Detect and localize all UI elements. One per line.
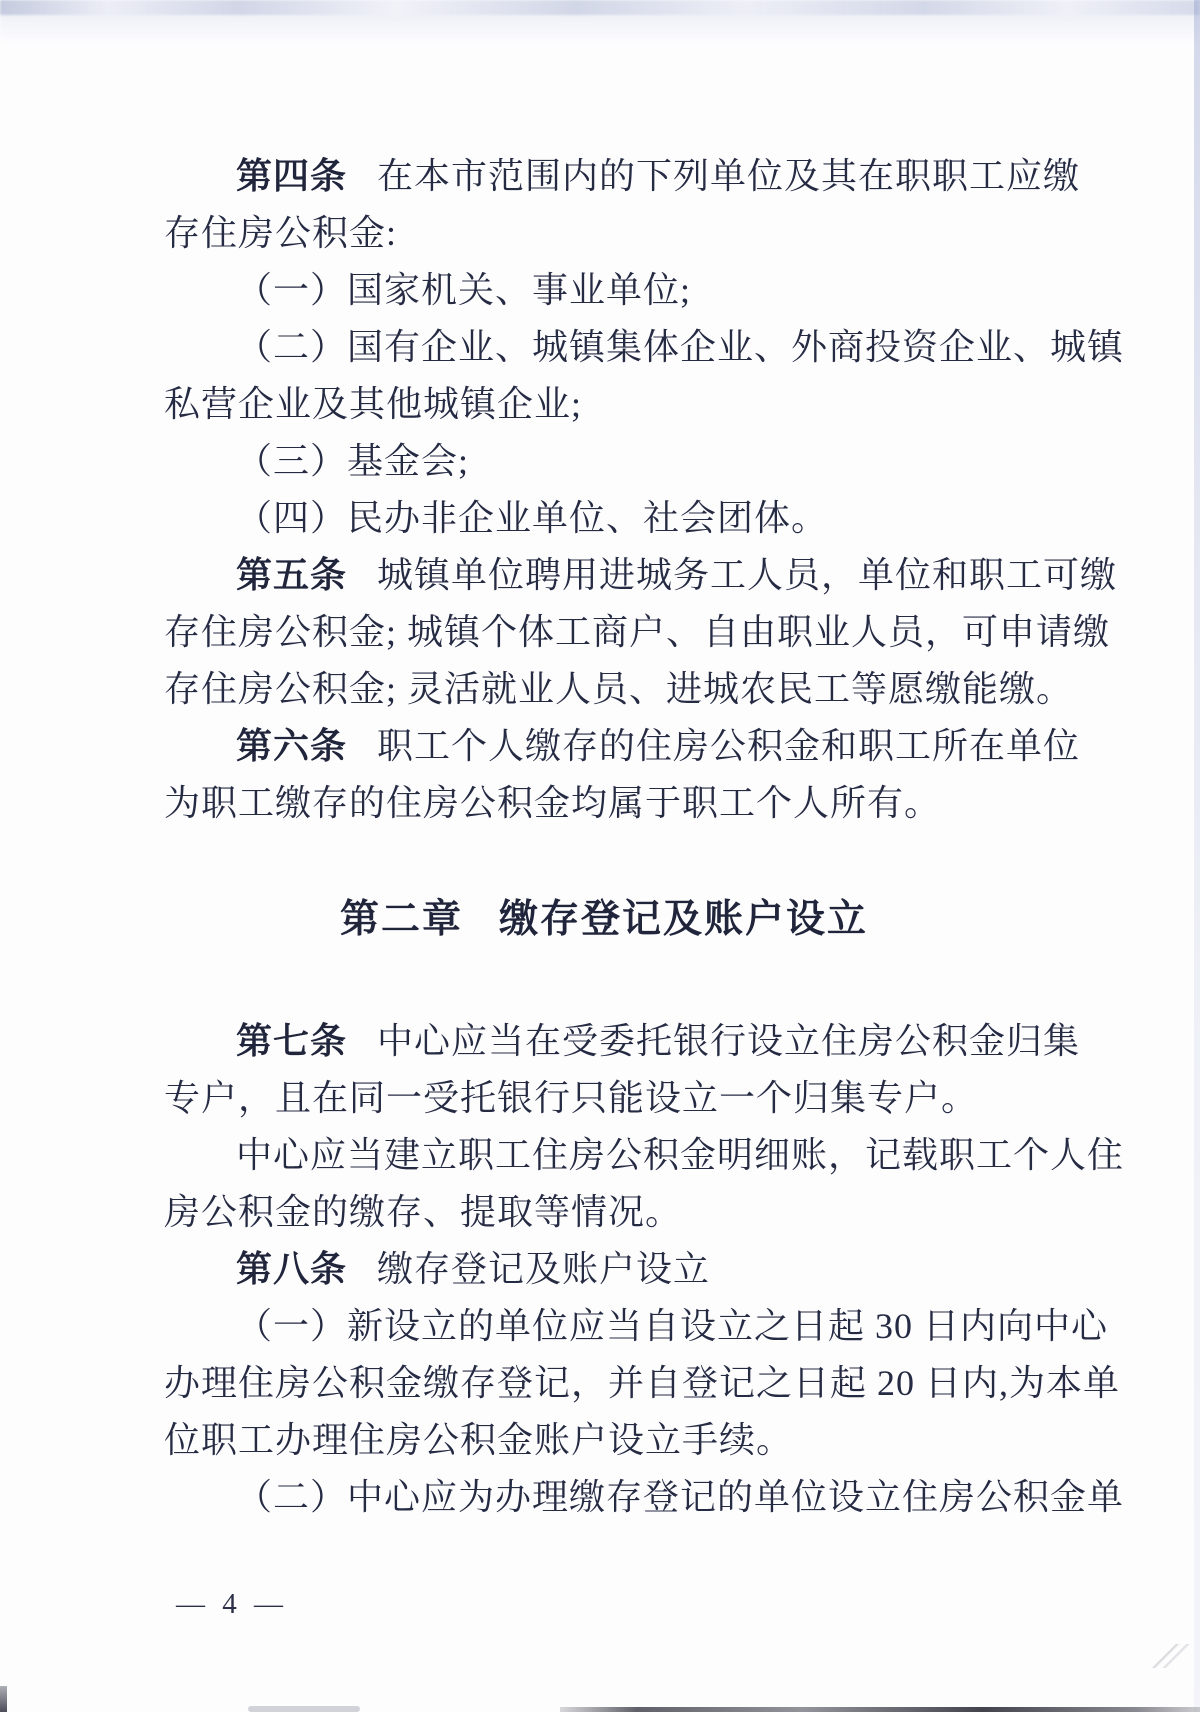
- text-line: 办理住房公积金缴存登记，并自登记之日起 20 日内,为本单: [164, 1355, 1044, 1412]
- line-text: 缴存登记及账户设立: [377, 1249, 710, 1289]
- line-text: 中心应当建立职工住房公积金明细账，记载职工个人住: [236, 1135, 1124, 1175]
- text-line: 存住房公积金; 灵活就业人员、进城农民工等愿缴能缴。: [164, 661, 1044, 718]
- text-line: 为职工缴存的住房公积金均属于职工个人所有。: [164, 775, 1044, 832]
- article-number: 第四条: [236, 156, 347, 196]
- line-text: 存住房公积金; 城镇个体工商户、自由职业人员，可申请缴: [164, 612, 1110, 652]
- scan-artifact-bottom-left-mark: [0, 1686, 7, 1712]
- line-text: 职工个人缴存的住房公积金和职工所在单位: [377, 726, 1080, 766]
- document-page: 第四条在本市范围内的下列单位及其在职职工应缴 存住房公积金: （一）国家机关、事…: [0, 0, 1200, 1712]
- scan-artifact-bottom-smudge: [248, 1706, 360, 1712]
- line-text: 专户，且在同一受托银行只能设立一个归集专户。: [164, 1078, 978, 1118]
- text-line: （二）中心应为办理缴存登记的单位设立住房公积金单: [236, 1469, 1044, 1526]
- article-number: 第八条: [236, 1249, 347, 1289]
- text-line: 存住房公积金; 城镇个体工商户、自由职业人员，可申请缴: [164, 604, 1044, 661]
- text-line: （一）新设立的单位应当自设立之日起 30 日内向中心: [236, 1298, 1044, 1355]
- text-line: 私营企业及其他城镇企业;: [164, 376, 1044, 433]
- line-text: 城镇单位聘用进城务工人员，单位和职工可缴: [377, 555, 1117, 595]
- text-line: （三）基金会;: [236, 433, 1044, 490]
- text-line: 第八条缴存登记及账户设立: [236, 1241, 1044, 1298]
- scan-artifact-top-edge: [0, 0, 1200, 15]
- text-line: 第五条城镇单位聘用进城务工人员，单位和职工可缴: [236, 547, 1044, 604]
- text-line: 专户，且在同一受托银行只能设立一个归集专户。: [164, 1070, 1044, 1127]
- article-number: 第七条: [236, 1021, 347, 1061]
- line-text: 为职工缴存的住房公积金均属于职工个人所有。: [164, 783, 941, 823]
- line-text: （三）基金会;: [236, 441, 469, 481]
- text-line: （四）民办非企业单位、社会团体。: [236, 490, 1044, 547]
- text-line: 第七条中心应当在受委托银行设立住房公积金归集: [236, 1013, 1044, 1070]
- scan-artifact-scratch: [1150, 1644, 1192, 1668]
- text-line: 第六条职工个人缴存的住房公积金和职工所在单位: [236, 718, 1044, 775]
- line-text: 存住房公积金; 灵活就业人员、进城农民工等愿缴能缴。: [164, 669, 1073, 709]
- text-line: 房公积金的缴存、提取等情况。: [164, 1184, 1044, 1241]
- article-number: 第五条: [236, 555, 347, 595]
- line-text: 办理住房公积金缴存登记，并自登记之日起 20 日内,为本单: [164, 1363, 1120, 1403]
- chapter-number: 第二章: [340, 898, 463, 941]
- text-line: 中心应当建立职工住房公积金明细账，记载职工个人住: [236, 1127, 1044, 1184]
- line-text: （一）新设立的单位应当自设立之日起 30 日内向中心: [236, 1306, 1108, 1346]
- scan-artifact-bottom-line: [560, 1707, 1200, 1712]
- text-line: （一）国家机关、事业单位;: [236, 262, 1044, 319]
- line-text: 中心应当在受委托银行设立住房公积金归集: [377, 1021, 1080, 1061]
- line-text: 房公积金的缴存、提取等情况。: [164, 1192, 682, 1232]
- line-text: 在本市范围内的下列单位及其在职职工应缴: [377, 156, 1080, 196]
- article-number: 第六条: [236, 726, 347, 766]
- chapter-title: 缴存登记及账户设立: [499, 898, 868, 941]
- text-line: （二）国有企业、城镇集体企业、外商投资企业、城镇: [236, 319, 1044, 376]
- line-text: （二）中心应为办理缴存登记的单位设立住房公积金单: [236, 1477, 1124, 1517]
- line-text: 私营企业及其他城镇企业;: [164, 384, 582, 424]
- scan-artifact-right-edge: [1194, 0, 1200, 1712]
- line-text: （四）民办非企业单位、社会团体。: [236, 498, 828, 538]
- line-text: 存住房公积金:: [164, 213, 397, 253]
- line-text: （一）国家机关、事业单位;: [236, 270, 691, 310]
- page-number: — 4 —: [176, 1588, 288, 1621]
- text-line: 位职工办理住房公积金账户设立手续。: [164, 1412, 1044, 1469]
- document-body: 第四条在本市范围内的下列单位及其在职职工应缴 存住房公积金: （一）国家机关、事…: [164, 148, 1044, 1526]
- line-text: 位职工办理住房公积金账户设立手续。: [164, 1420, 793, 1460]
- line-text: （二）国有企业、城镇集体企业、外商投资企业、城镇: [236, 327, 1124, 367]
- text-line: 存住房公积金:: [164, 205, 1044, 262]
- text-line: 第四条在本市范围内的下列单位及其在职职工应缴: [236, 148, 1044, 205]
- chapter-heading: 第二章缴存登记及账户设立: [164, 890, 1044, 950]
